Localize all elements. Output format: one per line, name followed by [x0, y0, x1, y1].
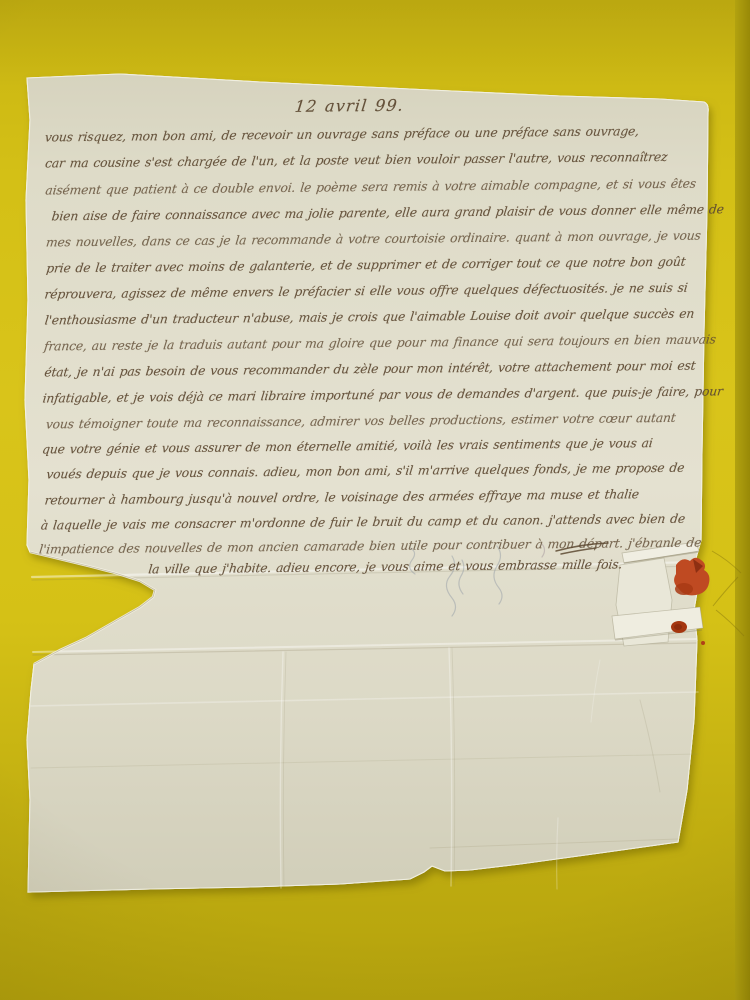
letter-line-7: réprouvera, agissez de même envers le pr… [44, 281, 689, 302]
letter-line-16: à laquelle je vais me consacrer m'ordonn… [40, 512, 686, 533]
letter-line-5: mes nouvelles, dans ce cas je la recomma… [45, 229, 701, 250]
letter-line-10: état, je n'ai pas besoin de vous recomma… [44, 359, 697, 380]
letter-line-13: que votre génie et vous assurer de mon é… [41, 436, 653, 456]
letter-line-6: prie de le traiter avec moins de galante… [46, 255, 687, 276]
letter-line-2: car ma cousine s'est chargée de l'un, et… [44, 150, 668, 171]
letter-line-18: la ville que j'habite. adieu encore, je … [148, 557, 623, 576]
letter-line-11: infatigable, et je vois déjà ce mari lib… [42, 384, 724, 405]
letter-line-9: france, au reste je la traduis autant po… [43, 332, 716, 353]
letter-line-1: vous risquez, mon bon ami, de recevoir u… [44, 124, 640, 144]
letter-line-15: retourner à hambourg jusqu'à nouvel ordr… [44, 487, 640, 507]
letter-date: 12 avril 99. [294, 96, 405, 116]
handwritten-text-layer: 12 avril 99. vous risquez, mon bon ami, … [0, 0, 750, 1000]
letter-line-3: aisément que patient à ce double envoi. … [45, 177, 697, 198]
letter-line-17: l'impatience des nouvelles de mon ancien… [38, 536, 702, 557]
letter-line-8: l'enthousiasme d'un traducteur n'abuse, … [44, 307, 695, 328]
letter-line-4: bien aise de faire connaissance avec ma … [51, 202, 725, 223]
photo-scene: 12 avril 99. vous risquez, mon bon ami, … [0, 0, 750, 1000]
letter-line-12: vous témoigner toute ma reconnaissance, … [45, 411, 676, 432]
letter-line-14: voués depuis que je vous connais. adieu,… [46, 461, 685, 482]
